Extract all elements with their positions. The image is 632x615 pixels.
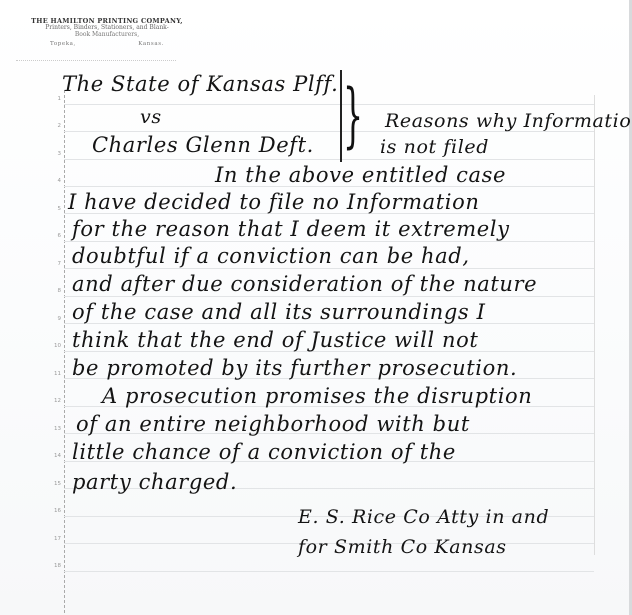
- caption-divider: [340, 70, 342, 162]
- line-number: 8: [47, 288, 61, 294]
- body-line: In the above entitled case: [215, 163, 506, 187]
- line-number: 1: [47, 96, 61, 102]
- line-number: 5: [47, 206, 61, 212]
- line-number: 2: [47, 123, 61, 129]
- line-number: 4: [47, 178, 61, 184]
- line-number: 14: [47, 453, 61, 459]
- left-margin-rule: [64, 90, 65, 615]
- body-line: and after due consideration of the natur…: [72, 272, 537, 296]
- line-number: 16: [47, 508, 61, 514]
- body-line: think that the end of Justice will not: [72, 328, 478, 352]
- line-number: 15: [47, 481, 61, 487]
- line-number: 17: [47, 536, 61, 542]
- line-number: 11: [47, 371, 61, 377]
- body-line: little chance of a conviction of the: [72, 440, 456, 464]
- line-number: 18: [47, 563, 61, 569]
- body-line: be promoted by its further prosecution.: [72, 356, 517, 380]
- letterhead-tagline-2: Book Manufacturers,: [22, 32, 192, 39]
- brace-icon: }: [343, 80, 363, 150]
- line-number: 3: [47, 151, 61, 157]
- signature-line2: for Smith Co Kansas: [298, 536, 507, 558]
- right-margin-rule: [594, 95, 595, 555]
- line-number: 6: [47, 233, 61, 239]
- ruled-line: [64, 571, 594, 572]
- letterhead-state: Kansas.: [138, 41, 164, 47]
- line-number: 10: [47, 343, 61, 349]
- caption-versus: vs: [140, 106, 162, 128]
- letterhead-city: Topeka,: [50, 41, 76, 47]
- header-divider: [16, 60, 176, 61]
- line-number: 9: [47, 316, 61, 322]
- caption-defendant: Charles Glenn Deft.: [92, 133, 314, 157]
- letterhead: THE HAMILTON PRINTING COMPANY, Printers,…: [22, 18, 192, 48]
- signature-line1: E. S. Rice Co Atty in and: [298, 506, 549, 528]
- caption-title-line1: Reasons why Information: [385, 110, 632, 132]
- body-line: of the case and all its surroundings I: [72, 300, 485, 324]
- ruled-line: [64, 268, 594, 269]
- body-line: party charged.: [72, 470, 237, 494]
- body-line: for the reason that I deem it extremely: [72, 217, 510, 241]
- line-number: 13: [47, 426, 61, 432]
- ruled-line: [64, 241, 594, 242]
- body-line: of an entire neighborhood with but: [76, 412, 470, 436]
- line-number: 12: [47, 398, 61, 404]
- document-page: THE HAMILTON PRINTING COMPANY, Printers,…: [0, 0, 632, 615]
- line-number: 7: [47, 261, 61, 267]
- caption-plaintiff: The State of Kansas Plff.: [62, 72, 338, 96]
- ruled-line: [64, 104, 594, 105]
- body-line: I have decided to file no Information: [68, 190, 479, 214]
- body-line: A prosecution promises the disruption: [102, 384, 532, 408]
- body-line: doubtful if a conviction can be had,: [72, 244, 470, 268]
- ruled-line: [64, 159, 594, 160]
- ruled-line: [64, 296, 594, 297]
- caption-title-line2: is not filed: [380, 136, 489, 158]
- letterhead-location: Topeka, Kansas.: [22, 39, 192, 47]
